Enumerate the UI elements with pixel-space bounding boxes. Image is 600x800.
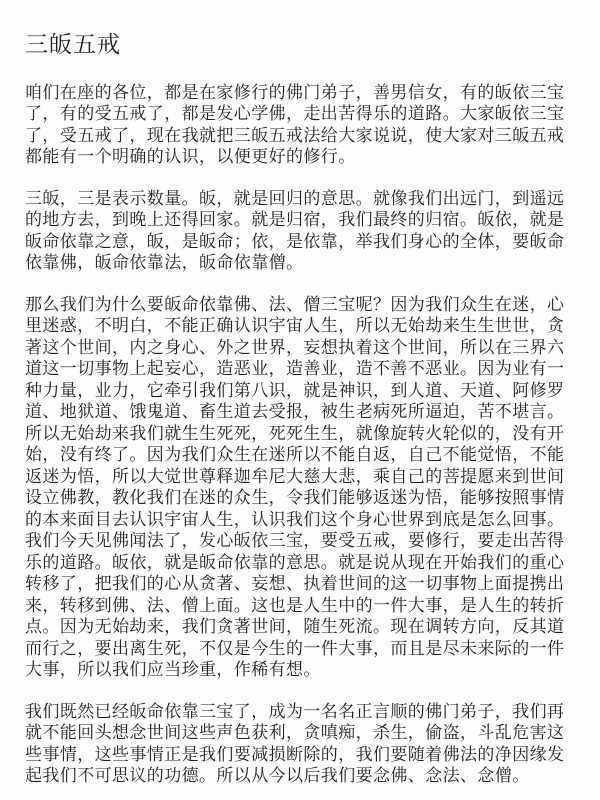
paragraph-intro: 咱们在座的各位，都是在家修行的佛门弟子，善男信女，有的皈依三宝 了，有的受五戒了… — [25, 82, 575, 168]
paragraph-why-take-refuge: 那么我们为什么要皈命依靠佛、法、僧三宝呢？因为我们众生在迷，心 里迷惑，不明白，… — [25, 294, 575, 681]
document-page: 三皈五戒 咱们在座的各位，都是在家修行的佛门弟子，善男信女，有的皈依三宝 了，有… — [0, 0, 600, 800]
document-title: 三皈五戒 — [25, 30, 575, 60]
paragraph-conclusion: 我们既然已经皈命依靠三宝了，成为一名名正言顺的佛门弟子，我们再 就不能回头想念世… — [25, 701, 575, 787]
paragraph-three-refuges-meaning: 三皈，三是表示数量。皈，就是回归的意思。就像我们出远门，到遥远 的地方去，到晚上… — [25, 188, 575, 274]
